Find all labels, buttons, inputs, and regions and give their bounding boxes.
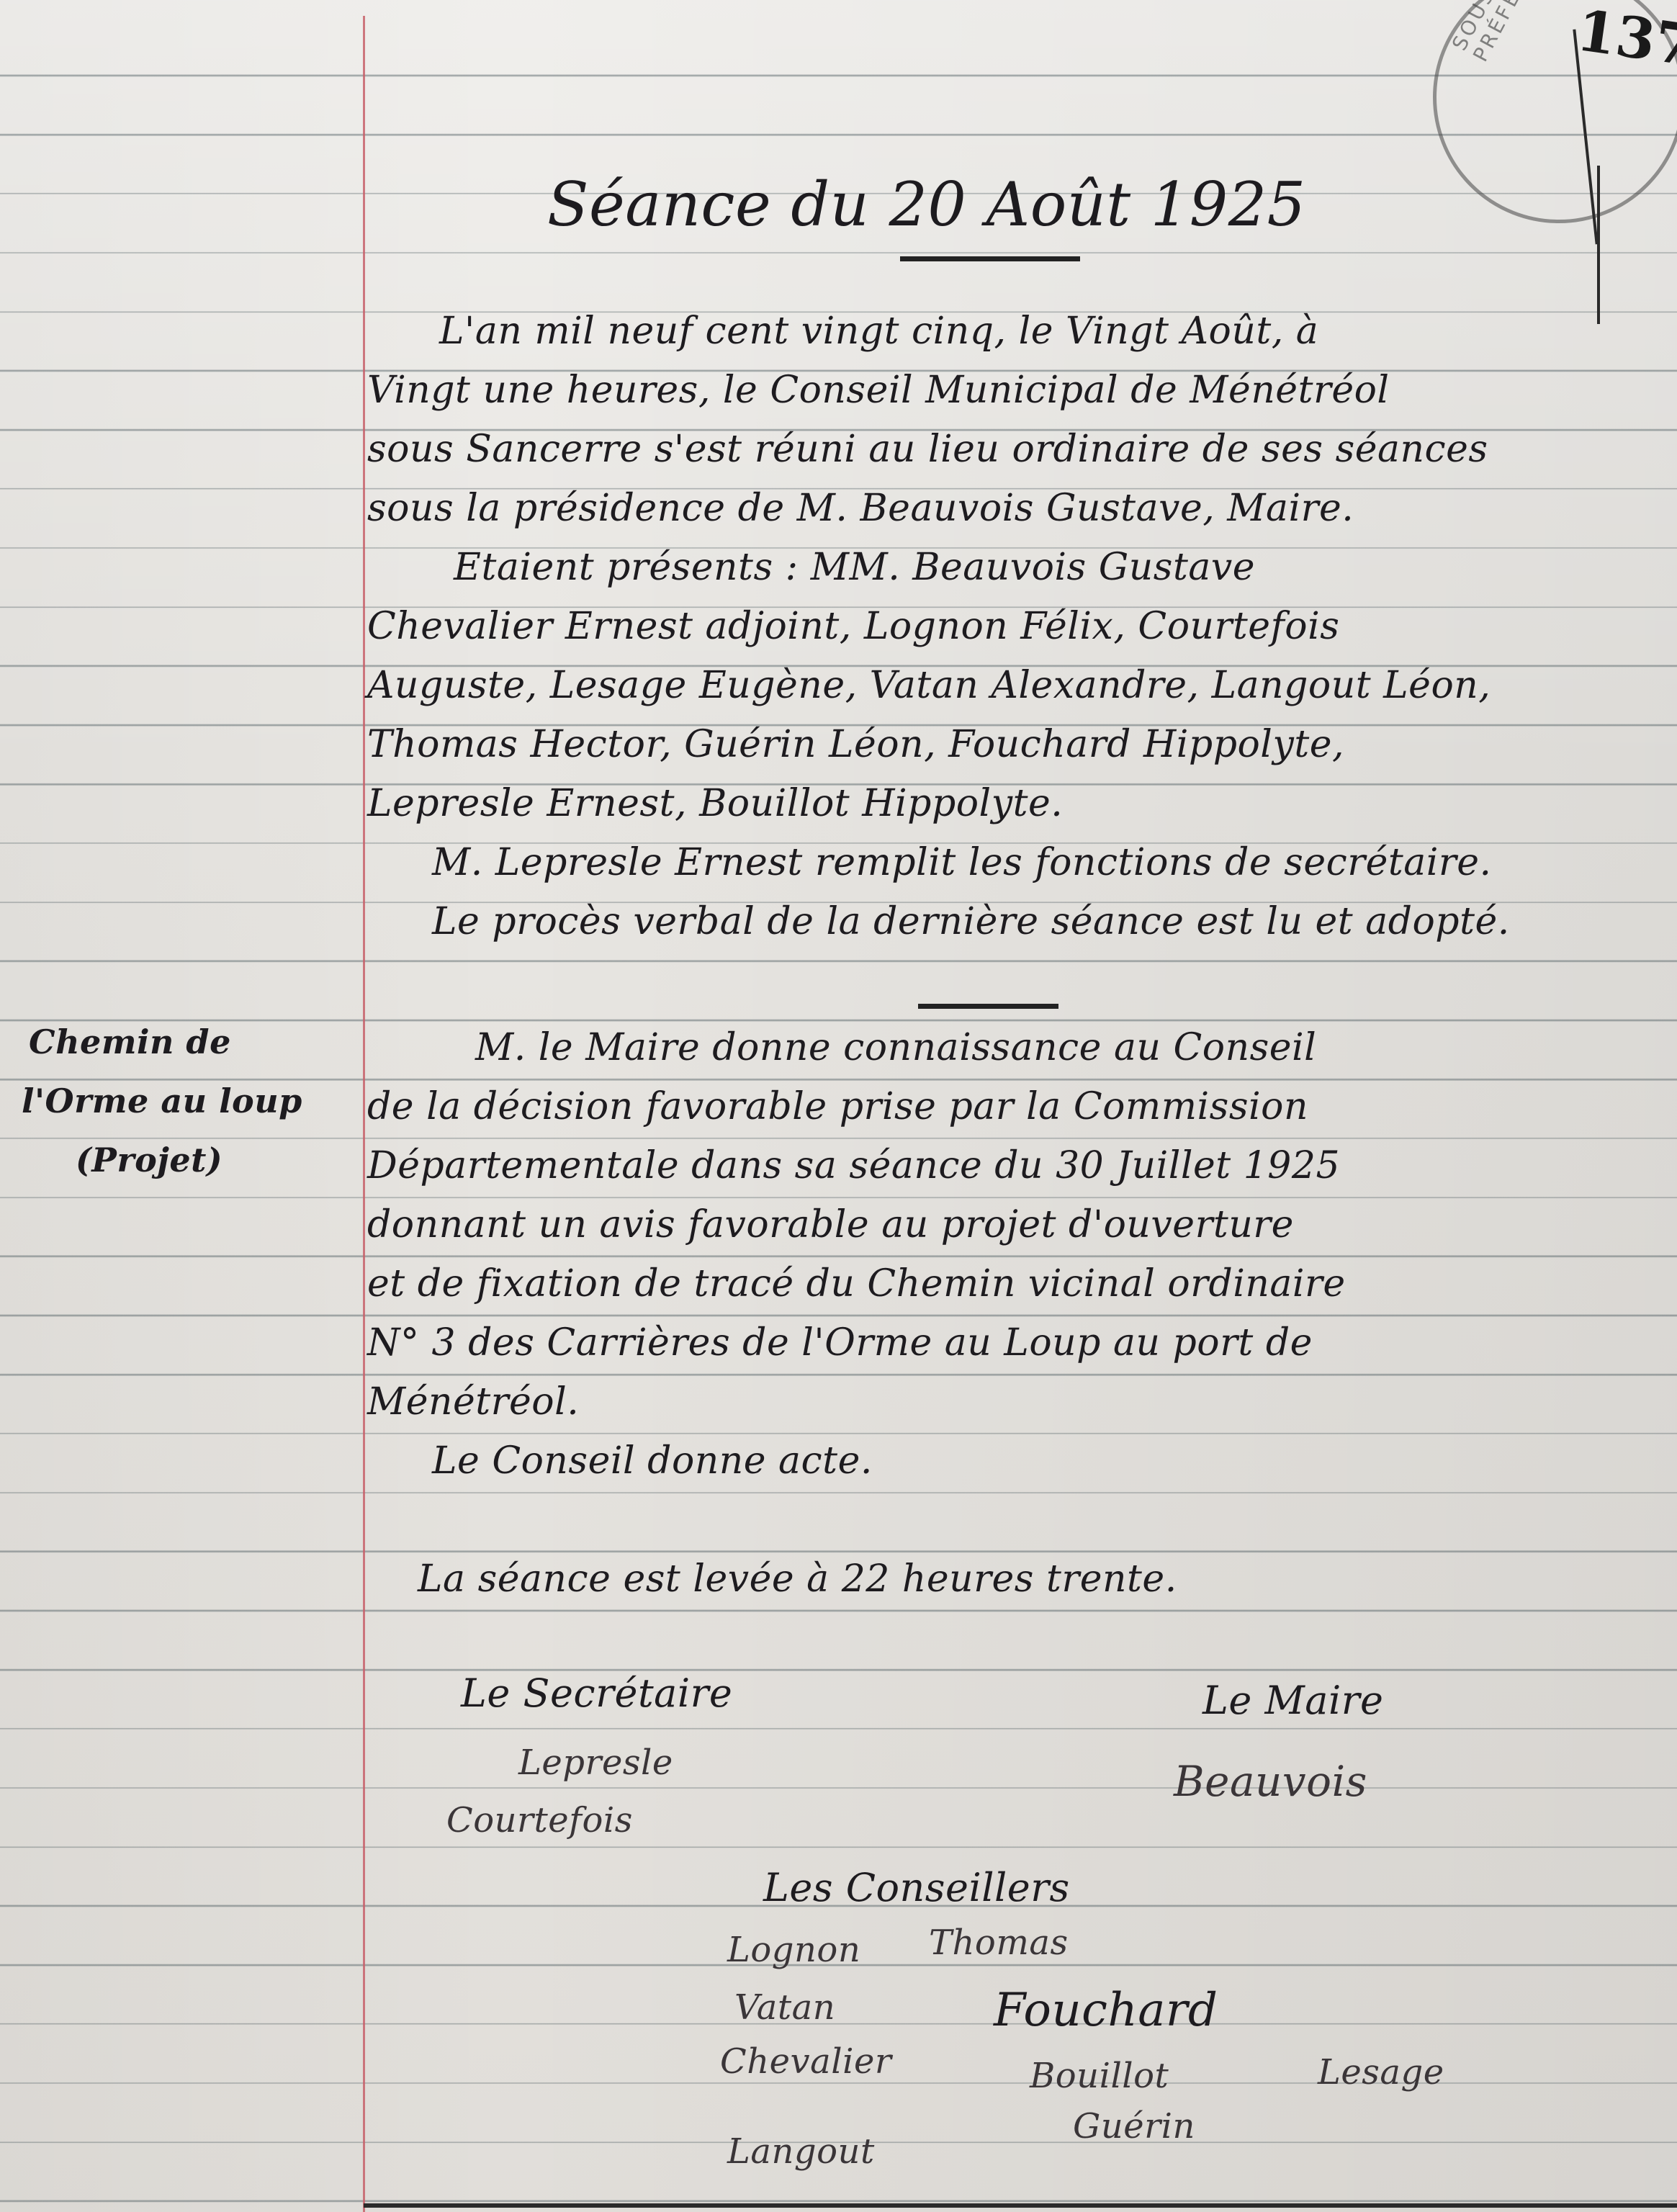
- councillor-signature: Bouillot: [1030, 2056, 1169, 2096]
- attendance-line-4: Thomas Hector, Guérin Léon, Fouchard Hip…: [367, 723, 1344, 766]
- bottom-closing-rule: [364, 2203, 1677, 2208]
- mayor-signature: Beauvois: [1174, 1757, 1367, 1806]
- secretary-signature: Lepresle: [518, 1743, 673, 1783]
- session-title: Séance du 20 Août 1925: [547, 169, 1306, 240]
- secretary-line: M. Lepresle Ernest remplit les fonctions…: [432, 841, 1492, 884]
- minutes-line: Le procès verbal de la dernière séance e…: [432, 900, 1510, 943]
- red-margin-line: [363, 16, 365, 2212]
- decision-line-4: donnant un avis favorable au projet d'ou…: [367, 1203, 1294, 1246]
- councillor-signature: Vatan: [734, 1987, 835, 2028]
- councillor-signature: Chevalier: [720, 2041, 891, 2082]
- margin-note-line-1: Chemin de: [29, 1022, 231, 1061]
- margin-note-line-2: l'Orme au loup: [22, 1082, 302, 1120]
- opening-line-4: sous la présidence de M. Beauvois Gustav…: [367, 487, 1354, 530]
- title-underline: [900, 256, 1080, 261]
- councillor-signature: Langout: [727, 2131, 875, 2172]
- attendance-line-2: Chevalier Ernest adjoint, Lognon Félix, …: [367, 605, 1339, 648]
- decision-line-6: N° 3 des Carrières de l'Orme au Loup au …: [367, 1321, 1313, 1364]
- decision-line-1: M. le Maire donne connaissance au Consei…: [475, 1026, 1316, 1069]
- decision-line-2: de la décision favorable prise par la Co…: [367, 1085, 1308, 1128]
- opening-line-3: sous Sancerre s'est réuni au lieu ordina…: [367, 428, 1488, 471]
- margin-note-line-3: (Projet): [76, 1141, 222, 1179]
- mayor-label: Le Maire: [1202, 1678, 1384, 1723]
- decision-line-7: Ménétréol.: [367, 1380, 579, 1424]
- councillor-signature: Lognon: [727, 1930, 860, 1970]
- decision-line-5: et de fixation de tracé du Chemin vicina…: [367, 1262, 1346, 1305]
- opening-line-1: L'an mil neuf cent vingt cinq, le Vingt …: [439, 310, 1318, 353]
- secretary-label: Le Secrétaire: [461, 1671, 732, 1716]
- councillor-signature: Guérin: [1073, 2106, 1195, 2146]
- councillors-label: Les Conseillers: [763, 1865, 1070, 1910]
- councillor-signature: Thomas: [929, 1923, 1069, 1963]
- attendance-line-3: Auguste, Lesage Eugène, Vatan Alexandre,…: [367, 664, 1491, 707]
- attendance-line-1: Etaient présents : MM. Beauvois Gustave: [454, 546, 1255, 589]
- attendance-line-5: Lepresle Ernest, Bouillot Hippolyte.: [367, 782, 1063, 825]
- councillor-signature: Fouchard: [994, 1984, 1218, 2037]
- courtefois-signature: Courtefois: [446, 1800, 633, 1840]
- opening-line-2: Vingt une heures, le Conseil Municipal d…: [367, 369, 1390, 412]
- decision-line-3: Départementale dans sa séance du 30 Juil…: [367, 1144, 1340, 1187]
- acknowledgement-line: Le Conseil donne acte.: [432, 1439, 873, 1483]
- closing-line: La séance est levée à 22 heures trente.: [418, 1557, 1177, 1601]
- pen-arrow-mark: [1597, 166, 1600, 324]
- councillor-signature: Lesage: [1318, 2052, 1444, 2092]
- register-page: SOUS-PRÉFECTURE 137 Séance du 20 Août 19…: [0, 0, 1677, 2212]
- section-divider: [918, 1004, 1058, 1009]
